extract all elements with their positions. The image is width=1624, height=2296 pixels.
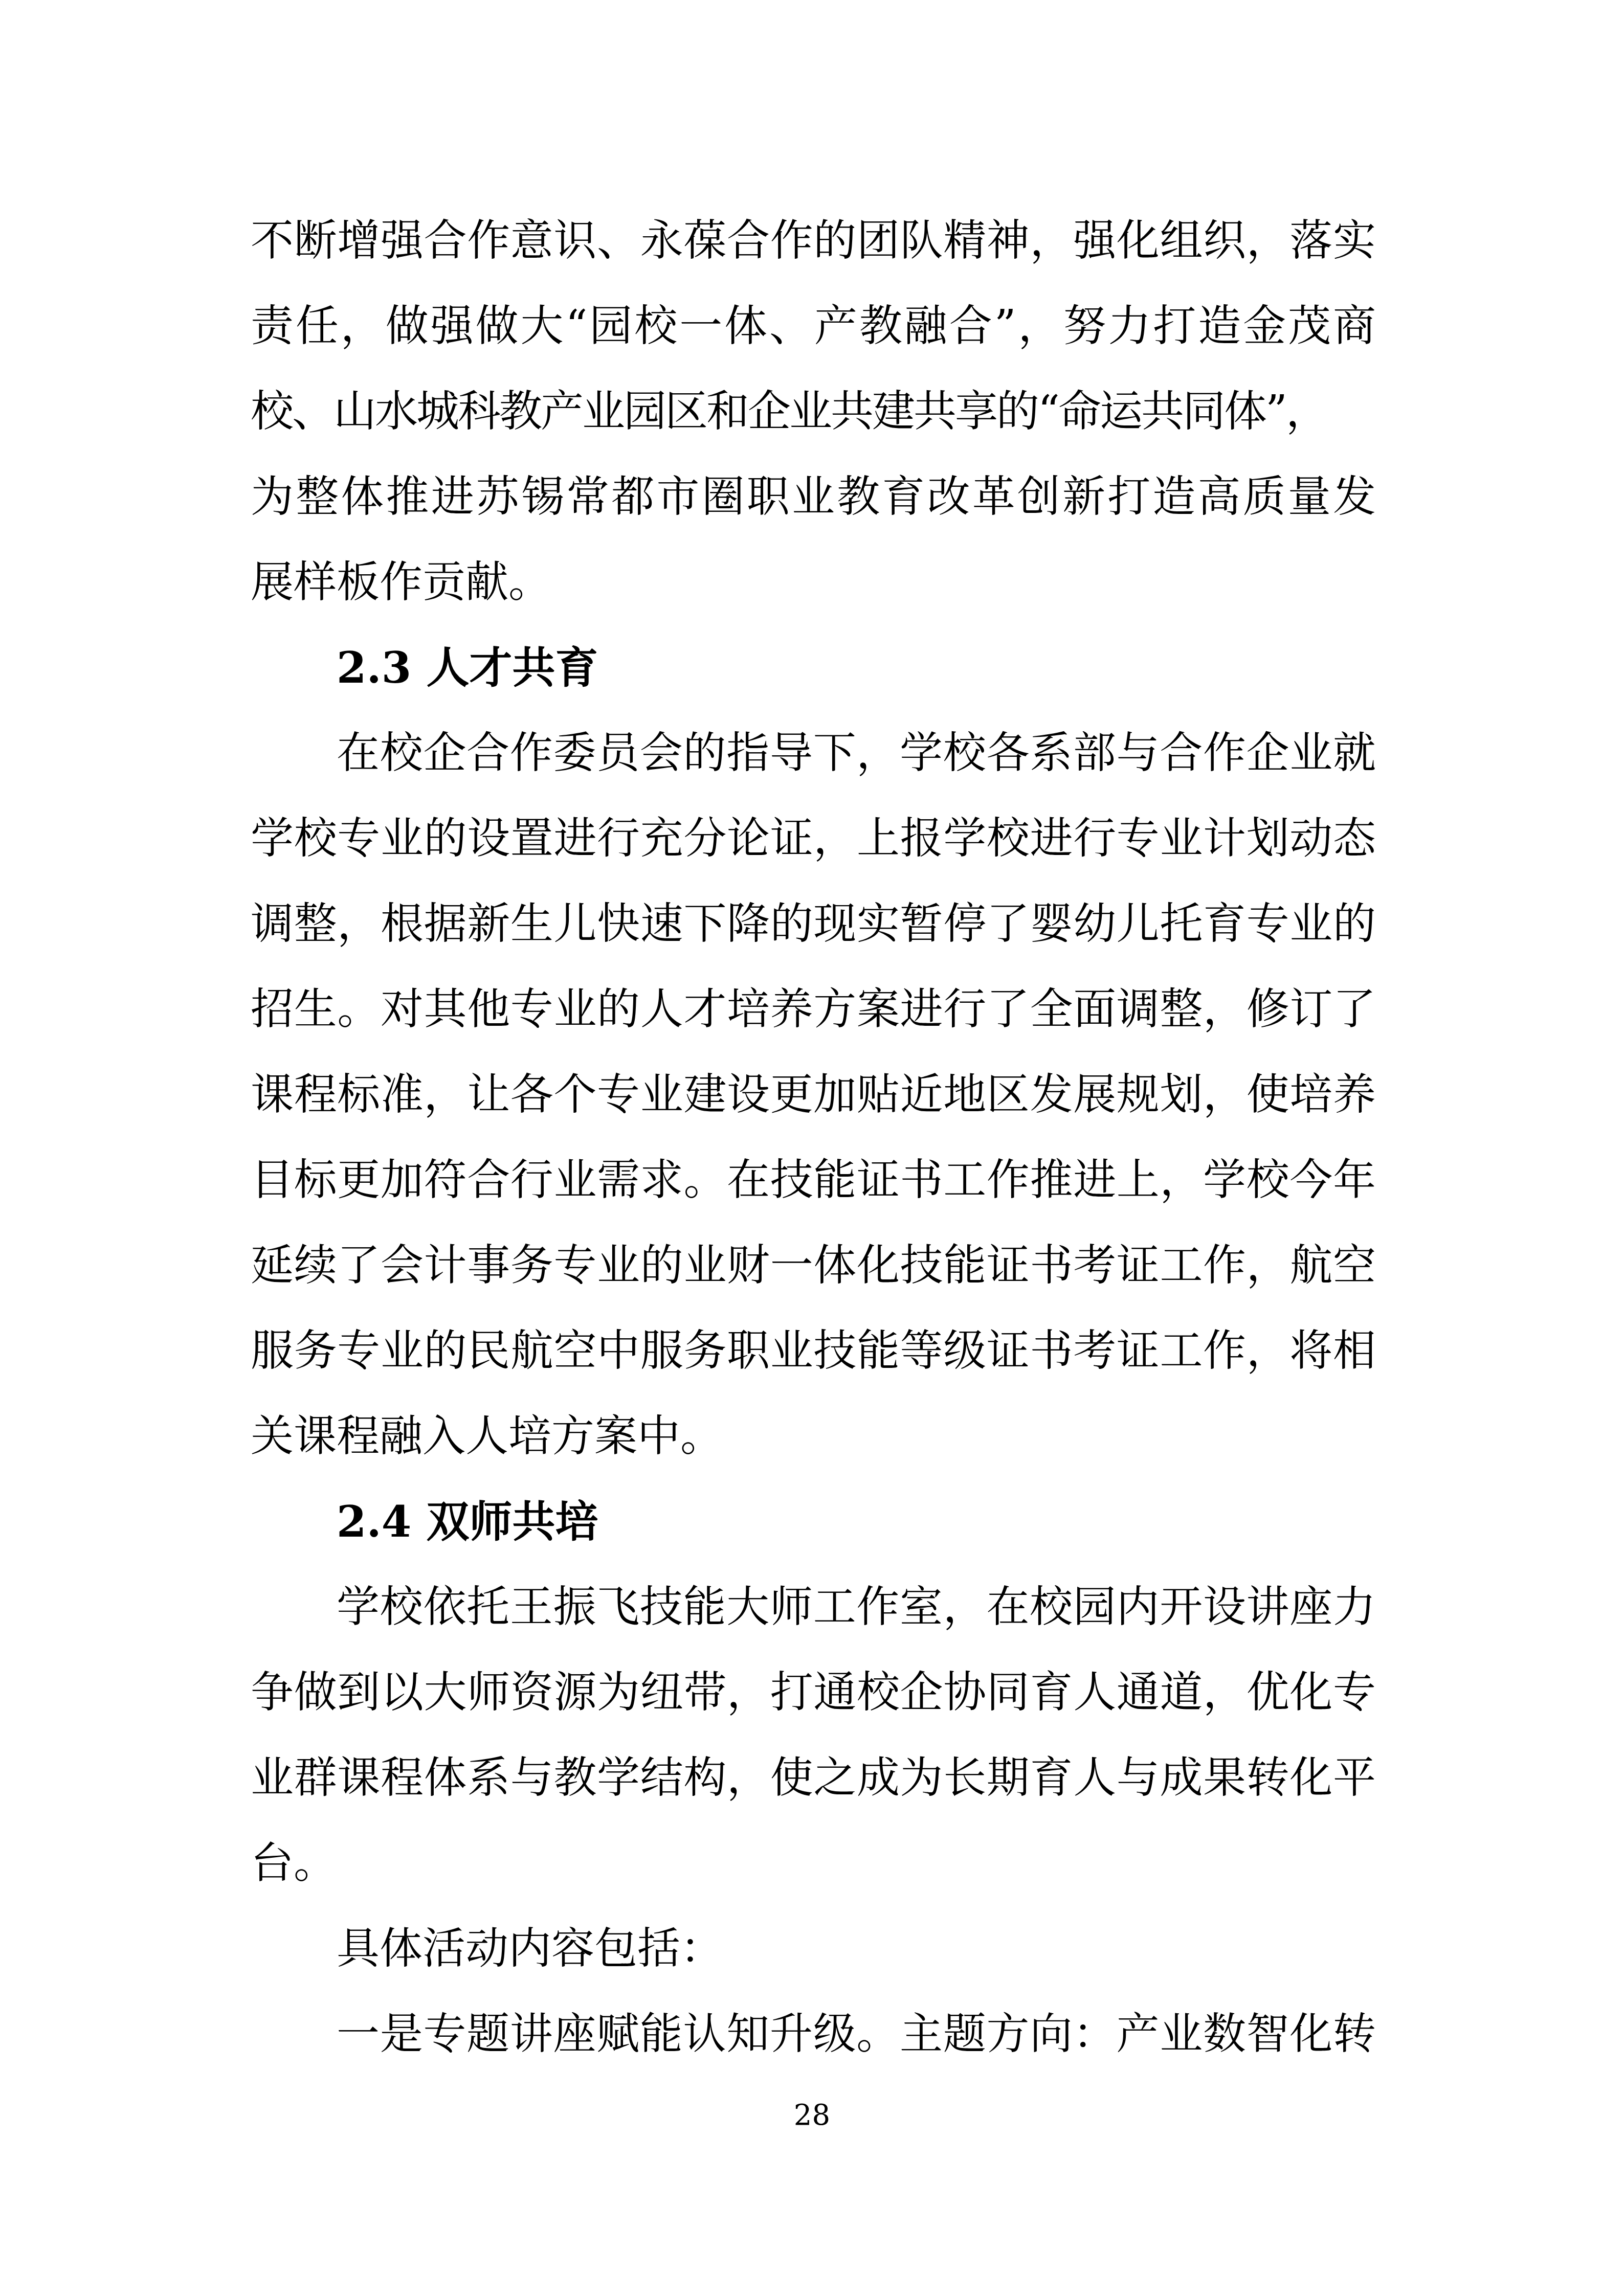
text-line: 延续了会计事务专业的业财一体化技能证书考证工作，航空: [251, 1223, 1376, 1308]
text-line: 2.4 双师共培: [251, 1479, 1376, 1564]
text-line: 学校依托王振飞技能大师工作室，在校园内开设讲座力: [251, 1564, 1376, 1650]
text-line: 一是专题讲座赋能认知升级。主题方向：产业数智化转: [251, 1991, 1376, 2077]
text-line: 校、山水城科教产业园区和企业共建共享的“命运共同体”，: [251, 369, 1376, 454]
text-line: 关课程融入人培方案中。: [251, 1393, 1376, 1479]
text-line: 不断增强合作意识、永葆合作的团队精神，强化组织，落实: [251, 198, 1376, 283]
text-line: 学校专业的设置进行充分论证，上报学校进行专业计划动态: [251, 796, 1376, 881]
text-line: 责任，做强做大“园校一体、产教融合”，努力打造金茂商: [251, 283, 1376, 369]
text-line: 招生。对其他专业的人才培养方案进行了全面调整，修订了: [251, 966, 1376, 1052]
text-line: 具体活动内容包括：: [251, 1906, 1376, 1991]
text-line: 展样板作贡献。: [251, 539, 1376, 625]
text-line: 2.3 人才共育: [251, 625, 1376, 710]
text-line: 在校企合作委员会的指导下，学校各系部与合作企业就: [251, 710, 1376, 796]
document-page: 不断增强合作意识、永葆合作的团队精神，强化组织，落实责任，做强做大“园校一体、产…: [0, 0, 1624, 2296]
page-number: 28: [0, 2099, 1624, 2132]
text-line: 课程标准，让各个专业建设更加贴近地区发展规划，使培养: [251, 1052, 1376, 1137]
text-line: 调整，根据新生儿快速下降的现实暂停了婴幼儿托育专业的: [251, 881, 1376, 966]
text-line: 服务专业的民航空中服务职业技能等级证书考证工作，将相: [251, 1308, 1376, 1393]
text-line: 为整体推进苏锡常都市圈职业教育改革创新打造高质量发: [251, 454, 1376, 539]
text-line: 目标更加符合行业需求。在技能证书工作推进上，学校今年: [251, 1137, 1376, 1223]
document-text-block: 不断增强合作意识、永葆合作的团队精神，强化组织，落实责任，做强做大“园校一体、产…: [251, 198, 1376, 2077]
text-line: 台。: [251, 1820, 1376, 1906]
text-line: 业群课程体系与教学结构，使之成为长期育人与成果转化平: [251, 1735, 1376, 1820]
text-line: 争做到以大师资源为纽带，打通校企协同育人通道，优化专: [251, 1650, 1376, 1735]
